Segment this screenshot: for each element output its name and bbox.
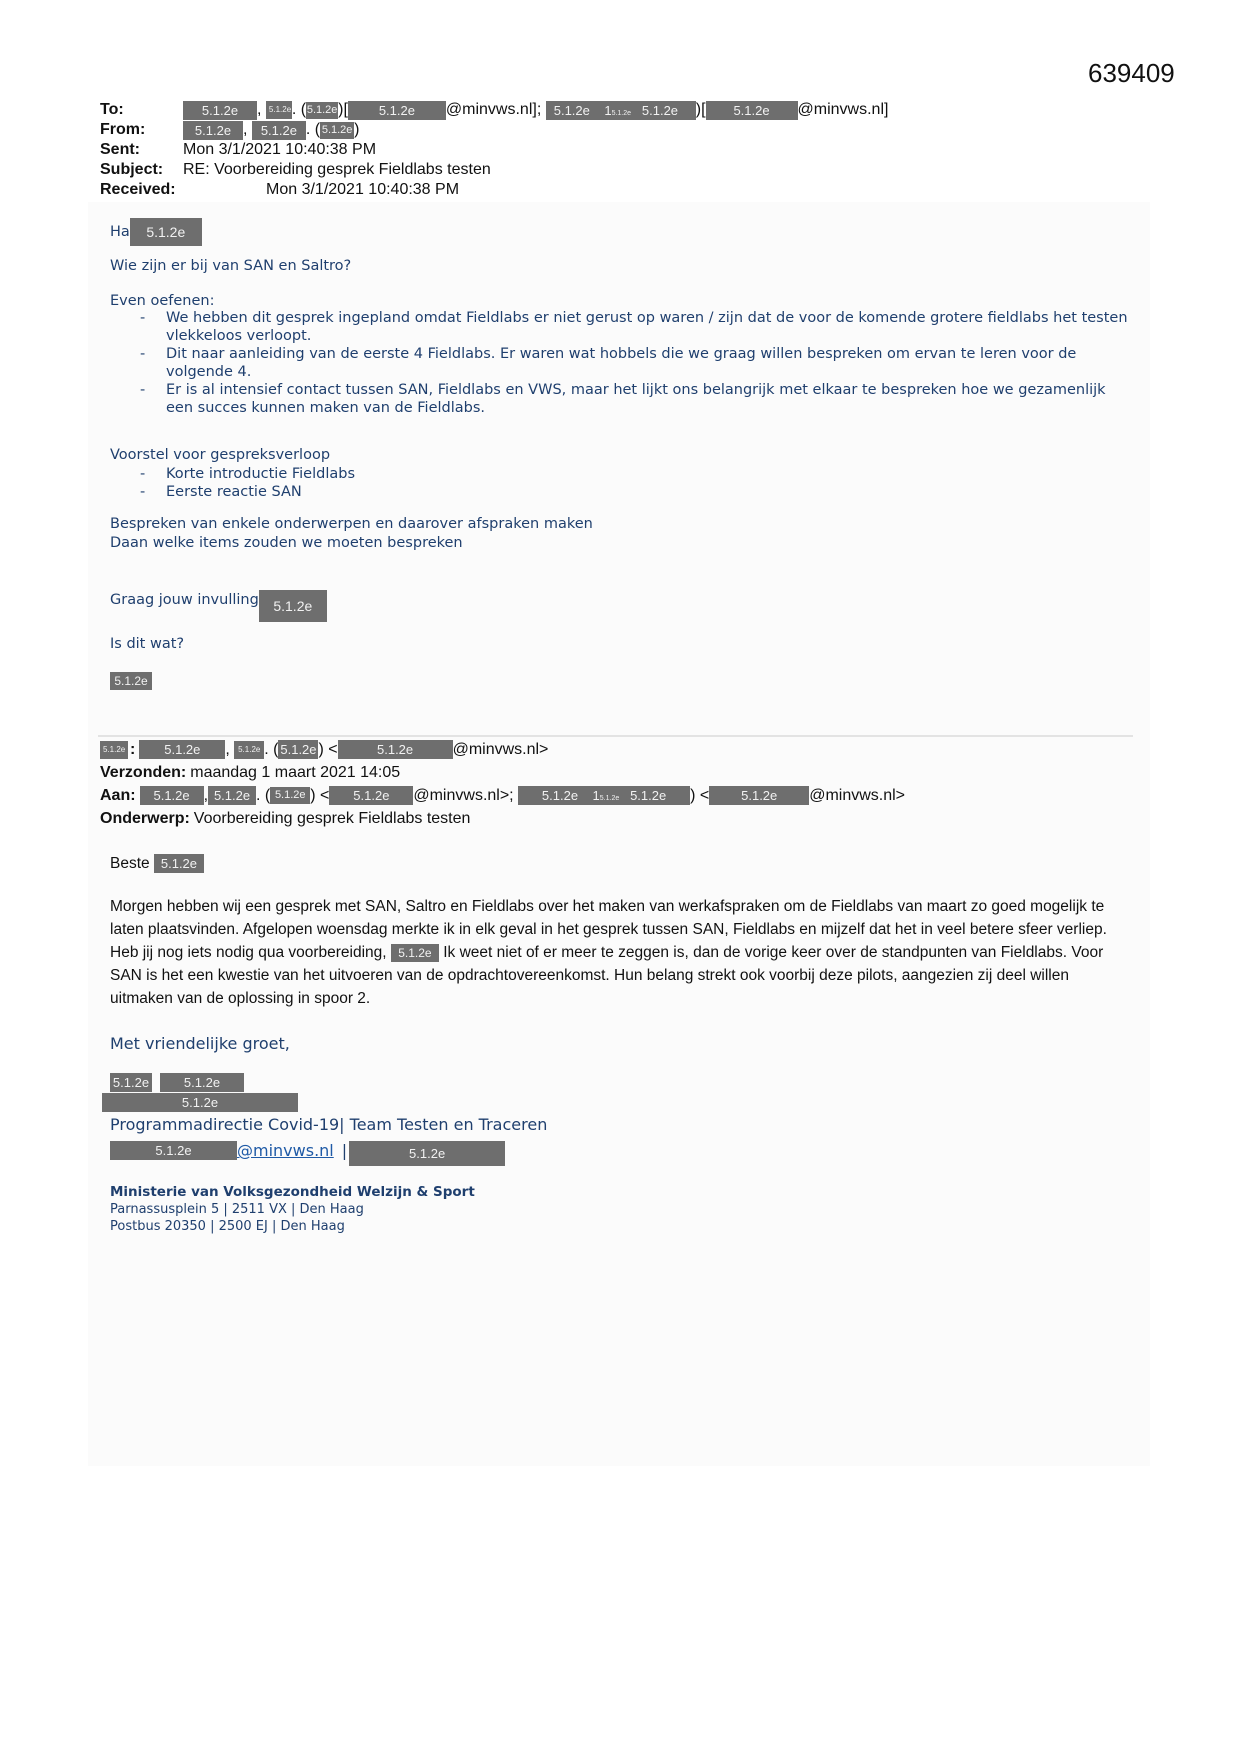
email-domain: @minvws.nl] bbox=[798, 100, 889, 120]
redaction: 5.1.2e bbox=[139, 740, 225, 759]
proposal-list: Korte introductie Fieldlabs Eerste react… bbox=[110, 465, 355, 501]
ministry-block: Ministerie van Volksgezondheid Welzijn &… bbox=[110, 1184, 1130, 1235]
separator: )[ bbox=[696, 100, 706, 120]
separator: . ( bbox=[292, 100, 306, 120]
subject-value: Voorbereiding gesprek Fieldlabs testen bbox=[194, 807, 471, 830]
from-row: From: 5.1.2e , 5.1.2e . ( 5.1.2e ) bbox=[100, 120, 888, 140]
original-message-body: Beste 5.1.2e Morgen hebben wij een gespr… bbox=[110, 852, 1130, 1235]
redaction: 5.1.2e bbox=[130, 218, 202, 246]
sent-row: Sent: Mon 3/1/2021 10:40:38 PM bbox=[100, 140, 888, 160]
email-body: Ha 5.1.2e Wie zijn er bij van SAN en Sal… bbox=[88, 202, 1150, 1466]
redaction: 5.1.2e bbox=[554, 103, 590, 118]
redaction: 5.1.2e bbox=[612, 110, 631, 117]
received-value: Mon 3/1/2021 10:40:38 PM bbox=[266, 180, 459, 200]
sent-value: Mon 3/1/2021 10:40:38 PM bbox=[183, 140, 376, 160]
digit: 1 bbox=[593, 788, 600, 803]
subject-label: Onderwerp: bbox=[100, 807, 190, 830]
proposal-heading: Voorstel voor gespreksverloop bbox=[110, 446, 355, 465]
email-domain: @minvws.nl]; bbox=[446, 100, 541, 120]
address-line: Postbus 20350 | 2500 EJ | Den Haag bbox=[110, 1218, 1130, 1235]
redaction: 5.1.2e bbox=[160, 1073, 244, 1092]
redaction-group: 5.1.2e 15.1.2e 5.1.2e bbox=[518, 786, 690, 805]
received-row: Received: Mon 3/1/2021 10:40:38 PM bbox=[100, 180, 888, 200]
practice-section: Even oefenen: We hebben dit gesprek inge… bbox=[110, 293, 1130, 417]
email-domain: @minvws.nl> bbox=[453, 738, 549, 761]
list-item: Eerste reactie SAN bbox=[140, 483, 355, 501]
separator: | bbox=[342, 1139, 347, 1162]
received-label: Received: bbox=[100, 180, 183, 200]
redaction: 5.1.2e bbox=[329, 786, 413, 805]
closing-question: Is dit wat? bbox=[110, 636, 184, 652]
list-item: Er is al intensief contact tussen SAN, F… bbox=[140, 381, 1130, 417]
redaction: 5.1.2e bbox=[252, 121, 306, 140]
redaction: 5.1.2e bbox=[259, 590, 327, 622]
list-item: Korte introductie Fieldlabs bbox=[140, 465, 355, 483]
separator: ) bbox=[354, 120, 359, 140]
redaction: 5.1.2e bbox=[642, 103, 678, 118]
signature-name-redactions: 5.1.2e 5.1.2e 5.1.2e bbox=[110, 1073, 310, 1115]
redaction: 5.1.2e bbox=[600, 795, 619, 802]
redaction: 5.1.2e bbox=[100, 741, 128, 759]
discuss-line: Daan welke items zouden we moeten bespre… bbox=[110, 534, 593, 553]
original-subject-row: Onderwerp: Voorbereiding gesprek Fieldla… bbox=[100, 807, 905, 830]
email-link[interactable]: @minvws.nl bbox=[237, 1139, 334, 1162]
subject-row: Subject: RE: Voorbereiding gesprek Field… bbox=[100, 160, 888, 180]
redaction: 5.1.2e bbox=[348, 101, 446, 120]
question: Wie zijn er bij van SAN en Saltro? bbox=[110, 258, 351, 274]
redaction: 5.1.2e bbox=[338, 740, 453, 759]
separator: , bbox=[257, 100, 261, 120]
separator: . ( bbox=[264, 738, 278, 761]
list-item: We hebben dit gesprek ingepland omdat Fi… bbox=[140, 309, 1130, 345]
redaction: 5.1.2e bbox=[706, 101, 798, 120]
redaction: 5.1.2e bbox=[709, 786, 809, 805]
to-label: To: bbox=[100, 100, 183, 120]
redaction: 5.1.2e bbox=[266, 101, 292, 119]
redaction: 5.1.2e bbox=[154, 854, 204, 873]
original-greeting: Beste 5.1.2e bbox=[110, 852, 1130, 875]
email-domain: @minvws.nl> bbox=[809, 784, 905, 807]
email-domain: @minvws.nl>; bbox=[413, 784, 513, 807]
separator: . ( bbox=[256, 784, 270, 807]
greeting: Ha bbox=[110, 224, 130, 240]
separator: )[ bbox=[338, 100, 348, 120]
redaction: 5.1.2e bbox=[349, 1141, 505, 1166]
address-line: Parnassusplein 5 | 2511 VX | Den Haag bbox=[110, 1201, 1130, 1218]
redaction: 5.1.2e bbox=[278, 740, 318, 759]
redaction: 5.1.2e bbox=[183, 101, 257, 120]
ministry-name: Ministerie van Volksgezondheid Welzijn &… bbox=[110, 1184, 1130, 1201]
original-to-row: Aan: 5.1.2e , 5.1.2e . ( 5.1.2e ) < 5.1.… bbox=[100, 784, 905, 807]
redaction: 5.1.2e bbox=[391, 944, 439, 962]
redaction: 5.1.2e bbox=[234, 741, 264, 759]
greeting-line: Ha 5.1.2e bbox=[110, 218, 202, 246]
list-item: Dit naar aanleiding van de eerste 4 Fiel… bbox=[140, 345, 1130, 381]
redaction: 5.1.2e bbox=[542, 788, 578, 803]
redaction: 5.1.2e bbox=[140, 786, 204, 805]
subject-value: RE: Voorbereiding gesprek Fieldlabs test… bbox=[183, 160, 491, 180]
redaction: 5.1.2e bbox=[110, 1073, 152, 1092]
redaction: 5.1.2e bbox=[320, 122, 354, 139]
separator: , bbox=[243, 120, 247, 140]
redaction: 5.1.2e bbox=[306, 102, 338, 119]
original-from-row: 5.1.2e : 5.1.2e , 5.1.2e . ( 5.1.2e ) < … bbox=[100, 738, 905, 761]
redaction: 5.1.2e bbox=[270, 787, 310, 804]
request-text: Graag jouw invulling bbox=[110, 592, 259, 608]
subject-label: Subject: bbox=[100, 160, 183, 180]
practice-heading: Even oefenen: bbox=[110, 293, 1130, 309]
separator: ) < bbox=[690, 784, 709, 807]
original-sent-row: Verzonden: maandag 1 maart 2021 14:05 bbox=[100, 761, 905, 784]
sent-label: Verzonden: bbox=[100, 761, 186, 784]
document-number: 639409 bbox=[1088, 58, 1175, 89]
department: Programmadirectie Covid-19| Team Testen … bbox=[110, 1115, 1130, 1135]
discuss-section: Bespreken van enkele onderwerpen en daar… bbox=[110, 515, 593, 552]
to-row: To: 5.1.2e , 5.1.2e . ( 5.1.2e )[ 5.1.2e… bbox=[100, 100, 888, 120]
redaction: 5.1.2e bbox=[102, 1093, 298, 1112]
contact-line: 5.1.2e @minvws.nl | 5.1.2e bbox=[110, 1135, 1130, 1166]
closing: Met vriendelijke groet, bbox=[110, 1032, 1130, 1055]
practice-list: We hebben dit gesprek ingepland omdat Fi… bbox=[110, 309, 1130, 417]
digit: 1 bbox=[604, 103, 611, 118]
sent-label: Sent: bbox=[100, 140, 183, 160]
sent-value: maandag 1 maart 2021 14:05 bbox=[190, 761, 400, 784]
redaction: 5.1.2e bbox=[208, 786, 256, 805]
request-line: Graag jouw invulling 5.1.2e bbox=[110, 592, 327, 622]
original-message-header: 5.1.2e : 5.1.2e , 5.1.2e . ( 5.1.2e ) < … bbox=[100, 738, 905, 830]
greeting: Beste bbox=[110, 852, 150, 875]
proposal-section: Voorstel voor gespreksverloop Korte intr… bbox=[110, 446, 355, 501]
separator: . ( bbox=[306, 120, 320, 140]
from-label: From: bbox=[100, 120, 183, 140]
to-label: Aan: bbox=[100, 784, 136, 807]
original-paragraph: Morgen hebben wij een gesprek met SAN, S… bbox=[110, 895, 1130, 1010]
email-header: To: 5.1.2e , 5.1.2e . ( 5.1.2e )[ 5.1.2e… bbox=[100, 100, 888, 200]
separator: ) < bbox=[318, 738, 337, 761]
redaction-signature: 5.1.2e bbox=[110, 672, 152, 690]
separator: , bbox=[225, 738, 229, 761]
message-separator bbox=[98, 735, 1133, 737]
redaction-group: 5.1.2e 15.1.2e 5.1.2e bbox=[546, 101, 696, 120]
discuss-line: Bespreken van enkele onderwerpen en daar… bbox=[110, 515, 593, 534]
from-colon: : bbox=[130, 738, 135, 761]
redaction: 5.1.2e bbox=[110, 1141, 237, 1160]
redaction: 5.1.2e bbox=[183, 121, 243, 140]
separator: ) < bbox=[310, 784, 329, 807]
redaction: 5.1.2e bbox=[630, 788, 666, 803]
